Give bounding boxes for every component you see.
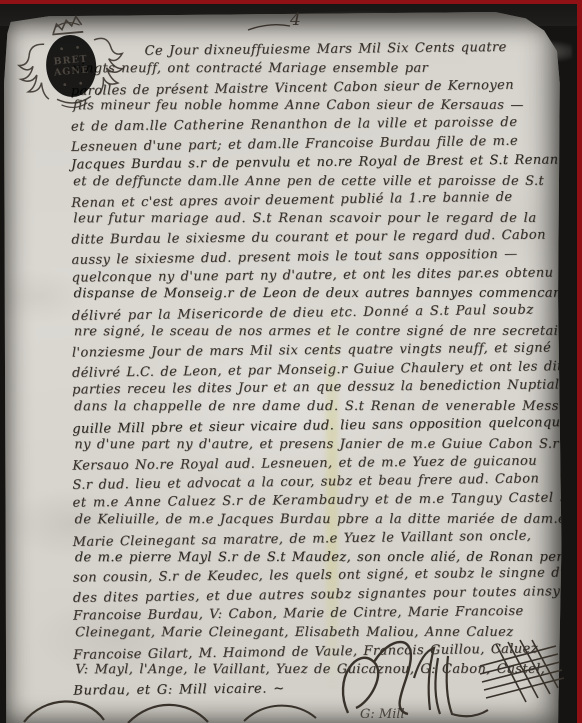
manuscript-line: ny d'une part ny d'autre, et presens Jan… <box>74 436 566 455</box>
crosshatch-flourish <box>480 640 564 702</box>
manuscript-text: Ce Jour dixneuffuiesme Mars Mil Six Cent… <box>71 40 566 700</box>
manuscript-line: Ce Jour dixneuffuiesme Mars Mil Six Cent… <box>71 38 563 62</box>
manuscript-line: Jacques Burdau s.r de penvulu et no.re R… <box>71 151 563 175</box>
vicar-signature: G: Mill <box>330 618 570 723</box>
vicar-signature-label: G: Mill <box>360 707 405 722</box>
bretagne-stamp-icon: BRET AGNE <box>5 3 136 125</box>
page-number: 4 <box>246 8 332 36</box>
manuscript-line: de Keliuille, de m.e Jacques Burdau pbre… <box>75 511 567 530</box>
signature-flourish-left <box>16 694 336 723</box>
manuscript-line: vingts neuff, ont contracté Mariage ense… <box>73 60 565 79</box>
red-border-right <box>577 0 582 723</box>
red-border-top <box>0 0 582 4</box>
page-number-value: 4 <box>290 10 301 30</box>
manuscript-line: nre signé, le sceau de nos armes et le c… <box>74 323 566 342</box>
archive-photo: Ce Jour dixneuffuiesme Mars Mil Six Cent… <box>0 0 582 723</box>
